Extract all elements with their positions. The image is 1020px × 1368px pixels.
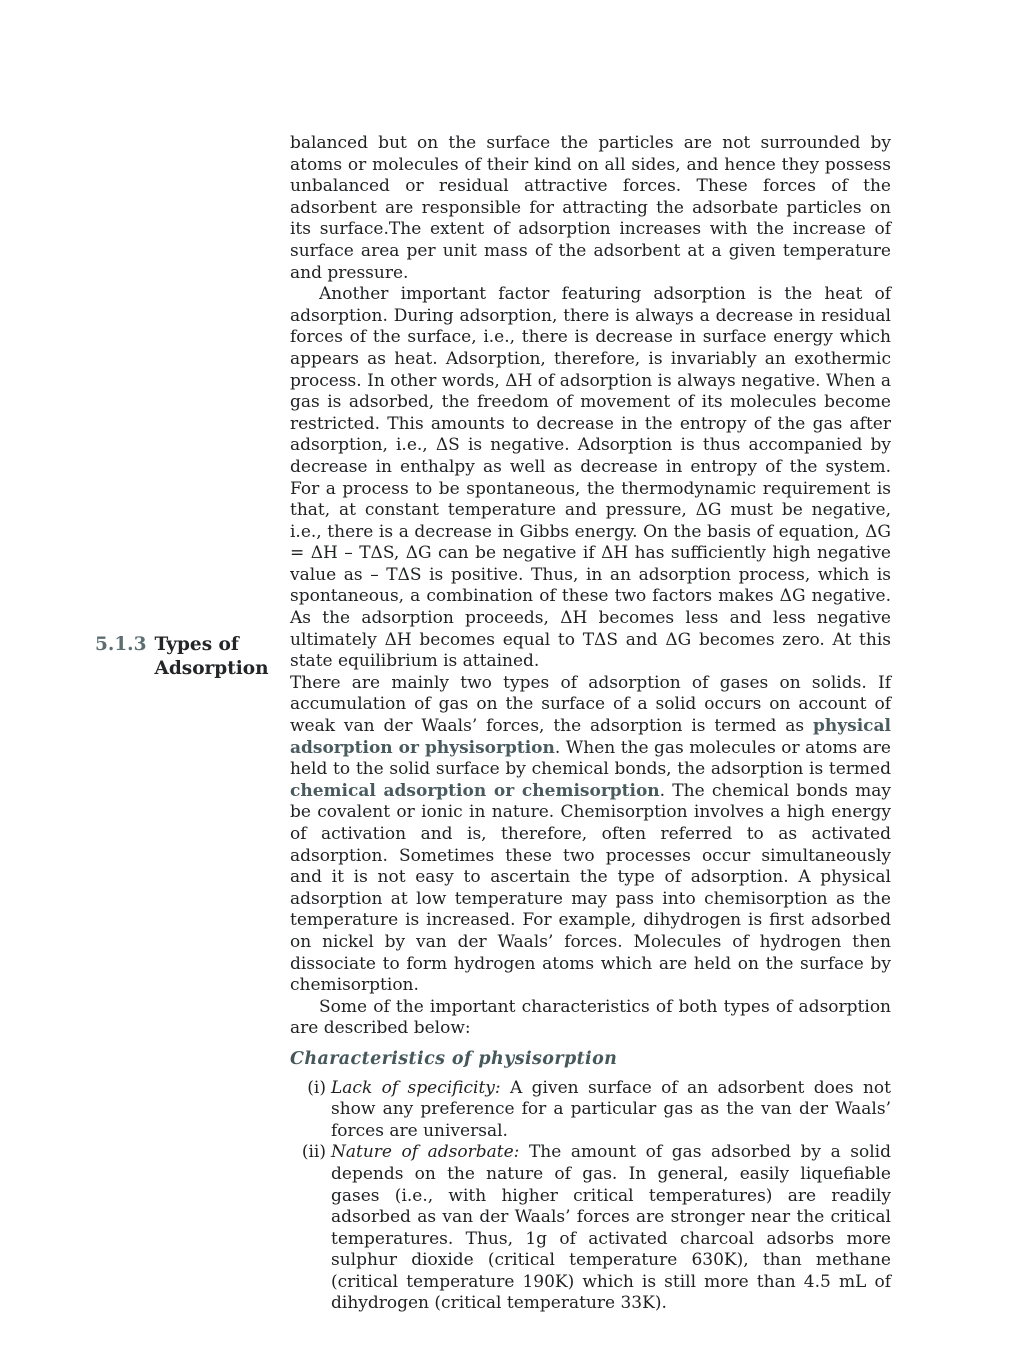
section-number: 5.1.3 (95, 633, 147, 657)
characteristics-list: (i) Lack of specificity: A given surface… (290, 1078, 891, 1316)
list-item: (ii) Nature of adsorbate: The amount of … (290, 1142, 891, 1315)
section-title-line1: Types of (155, 633, 269, 657)
paragraph-heat-of-adsorption: Another important factor featuring adsor… (290, 284, 891, 673)
list-marker-i: (i) (296, 1078, 326, 1100)
main-text-column: balanced but on the surface the particle… (290, 133, 891, 1315)
paragraph-characteristics-intro: Some of the important characteristics of… (290, 997, 891, 1040)
section-heading: 5.1.3 Types of Adsorption (95, 633, 285, 681)
term-chemisorption: chemical adsorption or chemisorption (290, 781, 660, 801)
subheading-characteristics-of-physisorption: Characteristics of physisorption (290, 1049, 891, 1071)
section-title: Types of Adsorption (155, 633, 269, 681)
paragraph-types-of-adsorption: There are mainly two types of adsorption… (290, 673, 891, 997)
list-item-lead: Nature of adsorbate: (331, 1142, 519, 1162)
list-item-text: The amount of gas adsorbed by a solid de… (331, 1142, 891, 1313)
section-title-line2: Adsorption (155, 657, 269, 681)
list-item-lead: Lack of specificity: (331, 1078, 501, 1098)
list-marker-ii: (ii) (296, 1142, 326, 1164)
types-para-segment-3: . The chemical bonds may be covalent or … (290, 781, 891, 995)
types-para-segment-1: There are mainly two types of adsorption… (290, 673, 891, 736)
paragraph-continuation: balanced but on the surface the particle… (290, 133, 891, 284)
textbook-page: 5.1.3 Types of Adsorption balanced but o… (0, 0, 1020, 1368)
list-item: (i) Lack of specificity: A given surface… (290, 1078, 891, 1143)
